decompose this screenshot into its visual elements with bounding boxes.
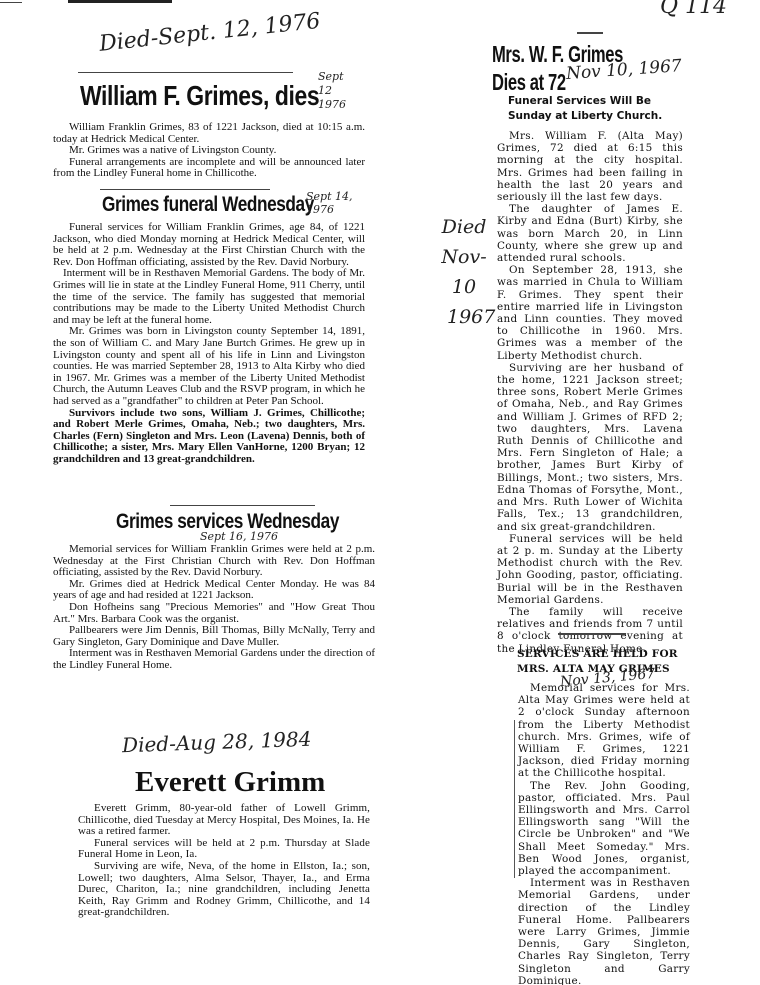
paragraph: Mr. Grimes died at Hedrick Medical Cente… <box>53 579 375 602</box>
paragraph: William Franklin Grimes, 83 of 1221 Jack… <box>53 122 365 145</box>
paragraph: Everett Grimm, 80-year-old father of Low… <box>78 803 370 838</box>
paragraph: Surviving are wife, Neva, of the home in… <box>78 861 370 919</box>
divider <box>78 72 293 73</box>
headline-william-grimes-dies: William F. Grimes, dies <box>80 80 319 112</box>
page-number-note: Q 114 <box>660 0 727 19</box>
paragraph: Mr. Grimes was born in Livingston county… <box>53 326 365 407</box>
margin-note-line: Nov-10 <box>433 242 495 302</box>
paragraph: The Rev. John Gooding, pastor, officiate… <box>518 780 690 878</box>
divider <box>558 633 626 635</box>
divider <box>577 32 603 34</box>
article-services-alta-may-grimes: Memorial services for Mrs. Alta May Grim… <box>518 682 690 985</box>
article-mrs-wf-grimes: Mrs. William F. (Alta May) Grimes, 72 di… <box>497 130 683 655</box>
paragraph: Funeral services for William Franklin Gr… <box>53 222 365 268</box>
paragraph: Don Hofheins sang "Precious Memories" an… <box>53 602 375 625</box>
headline-grimes-funeral-wednesday: Grimes funeral Wednesday <box>102 193 314 217</box>
paragraph: Interment was in Resthaven Memorial Gard… <box>53 648 375 671</box>
scan-edge-line <box>68 0 172 3</box>
handwritten-death-date: Died-Aug 28, 1984 <box>122 727 312 758</box>
subheadline-line: Sunday at Liberty Church. <box>508 109 662 124</box>
subheadline: Funeral Services Will Be Sunday at Liber… <box>508 94 662 124</box>
paragraph: Memorial services for William Franklin G… <box>53 544 375 579</box>
paragraph: Pallbearers were Jim Dennis, Bill Thomas… <box>53 625 375 648</box>
article-grimes-services-wednesday: Memorial services for William Franklin G… <box>53 544 375 672</box>
headline-line: SERVICES ARE HELD FOR <box>517 647 678 662</box>
article-william-grimes-dies: William Franklin Grimes, 83 of 1221 Jack… <box>53 122 365 180</box>
margin-note-line: 1967 <box>433 302 495 332</box>
paragraph: Funeral arrangements are incomplete and … <box>53 157 365 180</box>
subheadline-line: Funeral Services Will Be <box>508 94 662 109</box>
clipping-edge-line <box>514 720 515 878</box>
divider <box>100 189 270 190</box>
paragraph: Survivors include two sons, William J. G… <box>53 408 365 466</box>
margin-note-date: Sept 14, 1976 <box>306 190 362 216</box>
paragraph: Funeral services will be held at 2 p.m. … <box>78 838 370 861</box>
paragraph: Mrs. William F. (Alta May) Grimes, 72 di… <box>497 130 683 203</box>
paragraph: The daughter of James E. Kirby and Edna … <box>497 203 683 264</box>
scan-edge-line <box>0 2 22 3</box>
article-everett-grimm: Everett Grimm, 80-year-old father of Low… <box>78 803 370 919</box>
article-grimes-funeral-wednesday: Funeral services for William Franklin Gr… <box>53 222 365 465</box>
margin-note-date: Sept 16, 1976 <box>200 530 278 543</box>
paragraph: Memorial services for Mrs. Alta May Grim… <box>518 682 690 780</box>
headline-everett-grimm: Everett Grimm <box>135 766 325 799</box>
paragraph: Surviving are her husband of the home, 1… <box>497 362 683 533</box>
margin-note-died: Died Nov-10 1967 <box>433 212 495 332</box>
paragraph: Funeral services will be held at 2 p. m.… <box>497 533 683 606</box>
paragraph: Interment was in Resthaven Memorial Gard… <box>518 877 690 985</box>
paragraph: Interment will be in Resthaven Memorial … <box>53 268 365 326</box>
paragraph: On September 28, 1913, she was married i… <box>497 264 683 362</box>
margin-note-line: Died <box>433 212 495 242</box>
divider <box>170 505 315 506</box>
margin-note-date: Sept 12 1976 <box>318 70 356 112</box>
handwritten-death-date: Died-Sept. 12, 1976 <box>98 9 322 57</box>
